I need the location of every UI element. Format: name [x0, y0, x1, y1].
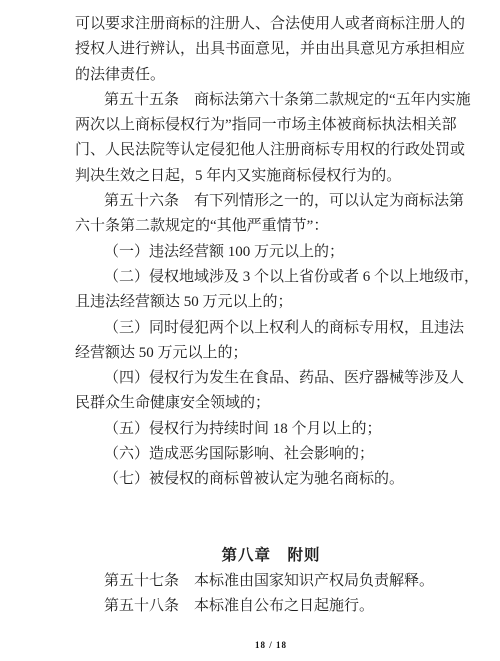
text-line-item-2: （二）侵权地域涉及 3 个以上省份或者 6 个以上地级市， [75, 265, 467, 290]
text-line-article-56: 第五十六条 有下列情形之一的，可以认定为商标法第 [75, 189, 467, 214]
text-line-article-57: 第五十七条 本标准由国家知识产权局负责解释。 [75, 569, 467, 594]
text-line: 两次以上商标侵权行为”指同一市场主体被商标执法相关部 [75, 113, 467, 138]
text-line-item-5: （五）侵权行为持续时间 18 个月以上的； [75, 417, 467, 442]
page-number: 18 / 18 [75, 640, 467, 650]
text-line: 判决生效之日起，5 年内又实施商标侵权行为的。 [75, 164, 467, 189]
text-line: 可以要求注册商标的注册人、合法使用人或者商标注册人的 [75, 12, 467, 37]
text-line: 六十条第二款规定的“其他严重情节”： [75, 214, 467, 239]
document-text-block: 可以要求注册商标的注册人、合法使用人或者商标注册人的 授权人进行辨认，出具书面意… [75, 12, 467, 619]
text-line-article-55: 第五十五条 商标法第六十条第二款规定的“五年内实施 [75, 88, 467, 113]
document-page: 可以要求注册商标的注册人、合法使用人或者商标注册人的 授权人进行辨认，出具书面意… [0, 0, 500, 661]
chapter-heading: 第八章 附则 [75, 543, 467, 568]
text-line: 经营额达 50 万元以上的； [75, 341, 467, 366]
text-line-item-1: （一）违法经营额 100 万元以上的； [75, 240, 467, 265]
text-line-item-6: （六）造成恶劣国际影响、社会影响的； [75, 442, 467, 467]
text-line-item-4: （四）侵权行为发生在食品、药品、医疗器械等涉及人 [75, 366, 467, 391]
text-line-item-3: （三）同时侵犯两个以上权利人的商标专用权，且违法 [75, 316, 467, 341]
text-line: 的法律责任。 [75, 63, 467, 88]
text-line-item-7: （七）被侵权的商标曾被认定为驰名商标的。 [75, 467, 467, 492]
text-line-article-58: 第五十八条 本标准自公布之日起施行。 [75, 594, 467, 619]
text-line: 门、人民法院等认定侵犯他人注册商标专用权的行政处罚或 [75, 138, 467, 163]
text-line: 且违法经营额达 50 万元以上的； [75, 290, 467, 315]
text-line: 授权人进行辨认，出具书面意见，并由出具意见方承担相应 [75, 37, 467, 62]
text-line: 民群众生命健康安全领域的； [75, 391, 467, 416]
